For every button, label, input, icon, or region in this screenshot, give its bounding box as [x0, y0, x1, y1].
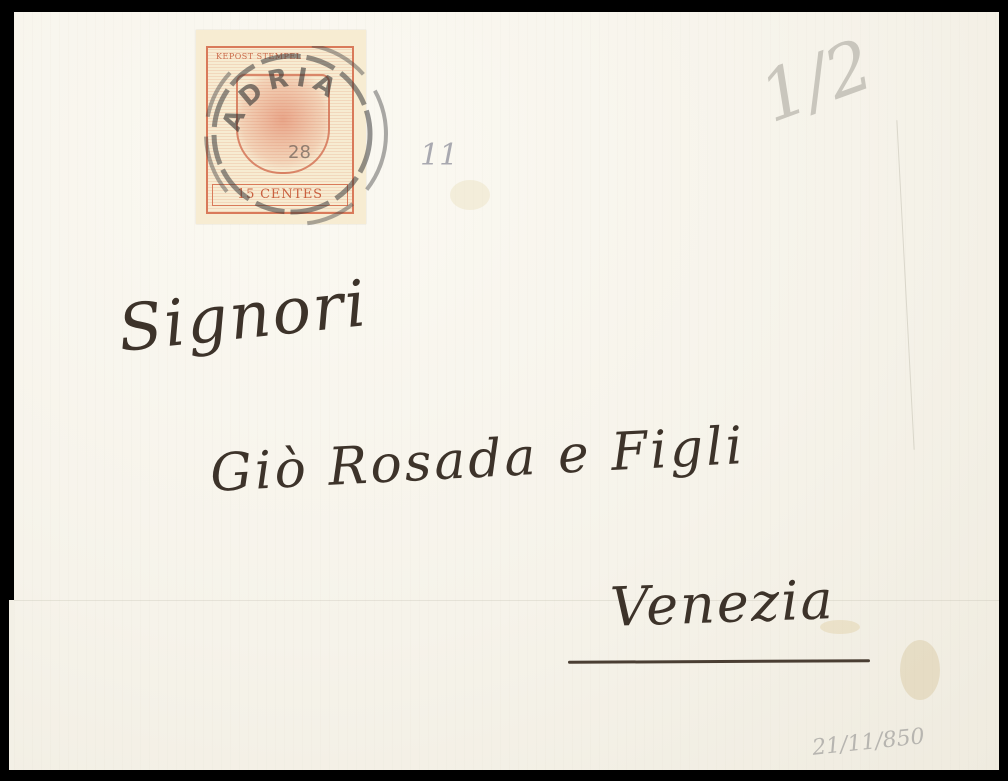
city-text: Venezia	[609, 568, 836, 639]
postmark-town: ADRIA	[217, 62, 346, 135]
postmark-date: 28	[288, 142, 311, 163]
svg-text:ADRIA: ADRIA	[217, 62, 346, 135]
paper-stain	[450, 180, 490, 210]
pencil-note-near-stamp: 11	[420, 138, 458, 173]
letter-sheet	[14, 12, 999, 770]
fold-line	[14, 600, 999, 601]
postmark-cancel: ADRIA 28	[204, 46, 396, 226]
paper-stain	[900, 640, 940, 700]
